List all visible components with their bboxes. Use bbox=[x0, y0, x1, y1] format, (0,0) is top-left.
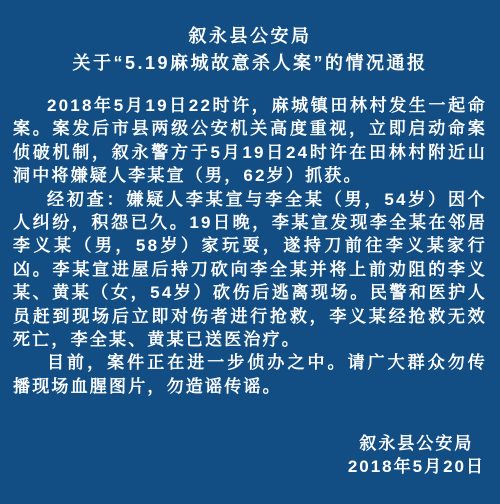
police-notice-page: 叙永县公安局 关于“5.19麻城故意杀人案”的情况通报 2018年5月19日22… bbox=[0, 0, 500, 504]
notice-signature: 叙永县公安局 2018年5月20日 bbox=[348, 432, 485, 478]
notice-title-subject: 关于“5.19麻城故意杀人案”的情况通报 bbox=[13, 50, 487, 77]
notice-title-agency: 叙永县公安局 bbox=[13, 23, 487, 50]
notice-signature-inner: 叙永县公安局 2018年5月20日 bbox=[348, 432, 485, 478]
signature-agency: 叙永县公安局 bbox=[348, 432, 485, 455]
notice-paragraph-appeal: 目前，案件正在进一步侦办之中。请广大群众勿传播现场血腥图片，勿造谣传谣。 bbox=[13, 351, 487, 398]
notice-title: 叙永县公安局 关于“5.19麻城故意杀人案”的情况通报 bbox=[13, 23, 487, 77]
signature-date: 2018年5月20日 bbox=[348, 455, 485, 478]
notice-paragraph-incident: 2018年5月19日22时许，麻城镇田林村发生一起命案。案发后市县两级公安机关高… bbox=[13, 94, 487, 188]
notice-paragraph-investigation: 经初查：嫌疑人李某宣与李全某（男，54岁）因个人纠纷，积怨已久。19日晚，李某宣… bbox=[13, 188, 487, 352]
notice-body: 2018年5月19日22时许，麻城镇田林村发生一起命案。案发后市县两级公安机关高… bbox=[13, 94, 487, 398]
